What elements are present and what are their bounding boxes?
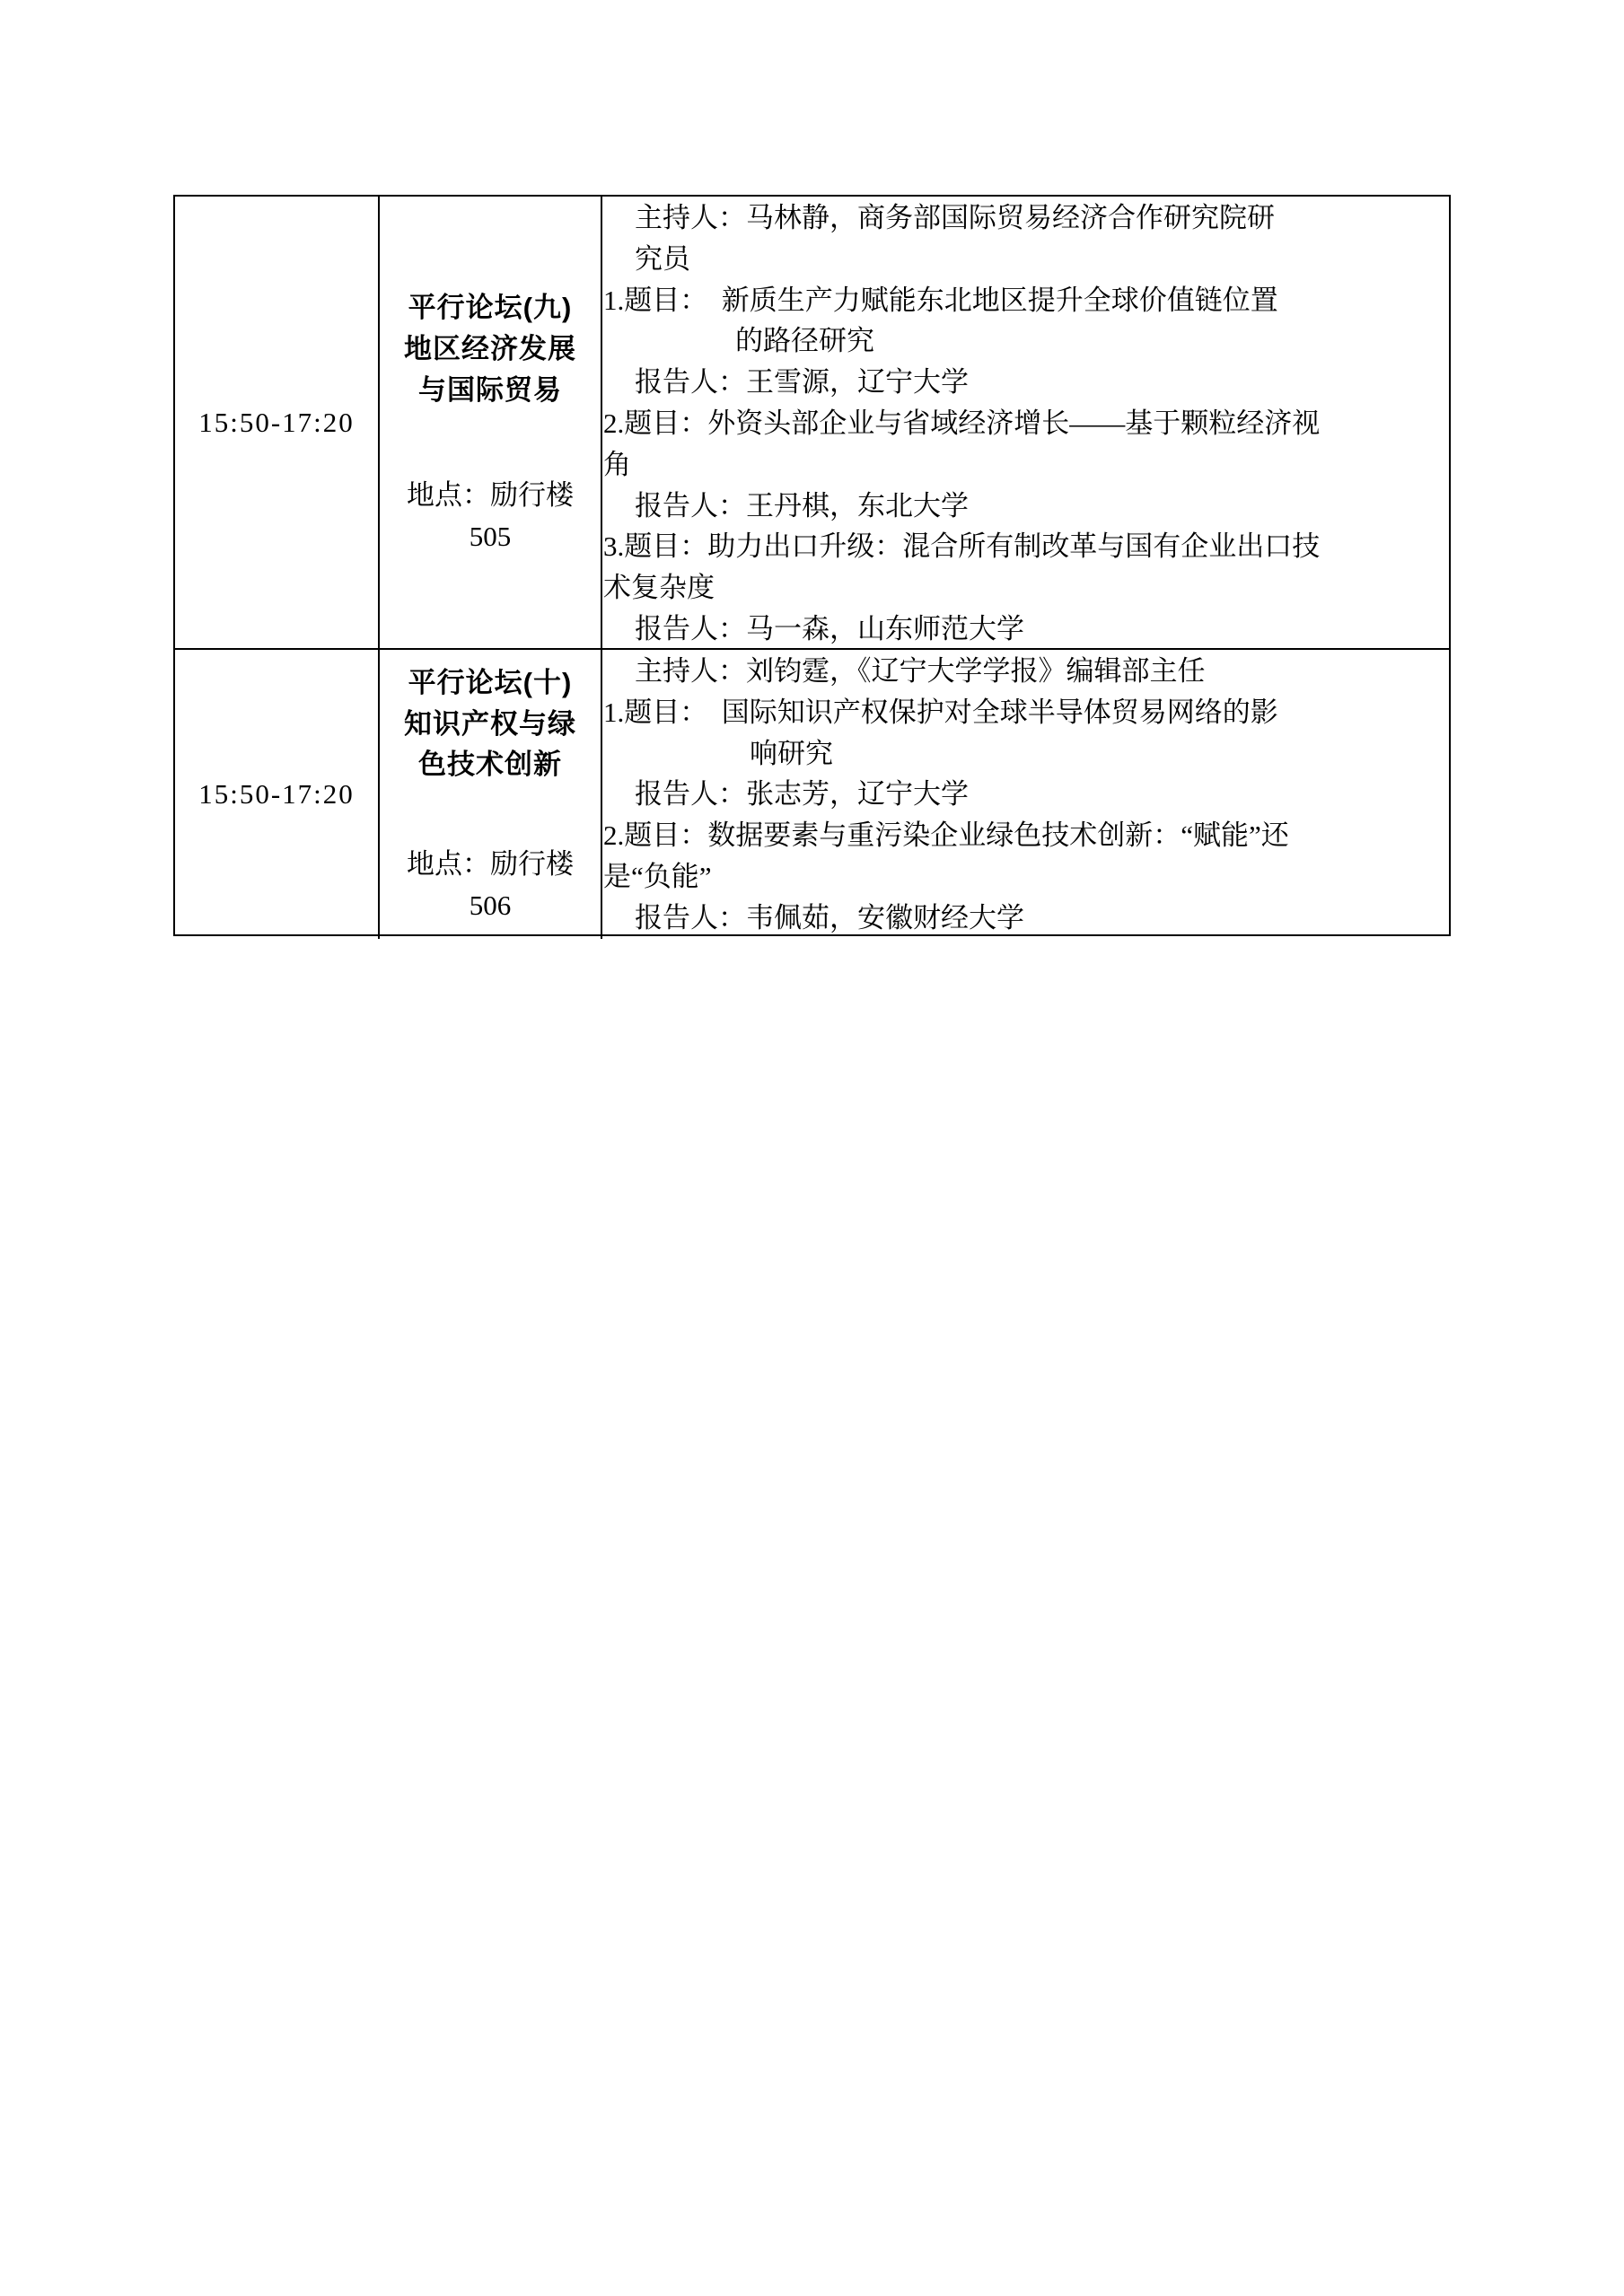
- presenter-line: 报告人：张志芳，辽宁大学: [602, 774, 1449, 815]
- chair-line: 主持人：刘钧霆，《辽宁大学学报》编辑部主任: [602, 651, 1449, 692]
- forum-title-line: 与国际贸易: [418, 370, 562, 411]
- table-row: 15:50-17:20 平行论坛(九) 地区经济发展 与国际贸易 地点：励行楼 …: [175, 197, 1449, 648]
- time-cell: 15:50-17:20: [175, 197, 378, 648]
- paper-title-line: 2.题目：外资头部企业与省域经济增长——基于颗粒经济视: [602, 403, 1449, 444]
- room-number: 506: [470, 885, 512, 926]
- paper-title-line: 1.题目： 新质生产力赋能东北地区提升全球价值链位置: [602, 280, 1449, 321]
- forum-title-line: 色技术创新: [418, 744, 562, 785]
- room-number: 505: [470, 516, 512, 557]
- time-text: 15:50-17:20: [198, 778, 355, 811]
- schedule-table: 15:50-17:20 平行论坛(九) 地区经济发展 与国际贸易 地点：励行楼 …: [173, 195, 1451, 936]
- location-line: 地点：励行楼: [407, 475, 574, 516]
- paper-title-wrap: 角: [602, 444, 1449, 486]
- presenter-line: 报告人：王雪源，辽宁大学: [602, 362, 1449, 403]
- paper-title-line: 2.题目：数据要素与重污染企业绿色技术创新：“赋能”还: [602, 815, 1449, 856]
- paper-title-wrap: 是“负能”: [602, 856, 1449, 898]
- details-cell: 主持人：刘钧霆，《辽宁大学学报》编辑部主任 1.题目： 国际知识产权保护对全球半…: [601, 650, 1449, 939]
- paper-title-wrap: 响研究: [602, 733, 1449, 775]
- time-cell: 15:50-17:20: [175, 650, 378, 939]
- forum-title-line: 平行论坛(九): [408, 287, 573, 329]
- chair-line-wrap: 究员: [602, 239, 1449, 280]
- chair-line: 主持人：马林静，商务部国际贸易经济合作研究院研: [602, 197, 1449, 239]
- forum-title-line: 地区经济发展: [404, 329, 576, 370]
- forum-title-line: 知识产权与绿: [404, 704, 576, 745]
- presenter-line: 报告人：马一森，山东师范大学: [602, 609, 1449, 648]
- time-text: 15:50-17:20: [198, 407, 355, 439]
- presenter-line: 报告人：韦佩茹，安徽财经大学: [602, 898, 1449, 939]
- paper-title-line: 3.题目：助力出口升级：混合所有制改革与国有企业出口技: [602, 526, 1449, 567]
- paper-title-line: 1.题目： 国际知识产权保护对全球半导体贸易网络的影: [602, 692, 1449, 733]
- forum-cell: 平行论坛(十) 知识产权与绿 色技术创新 地点：励行楼 506: [378, 650, 601, 939]
- presenter-line: 报告人：王丹棋，东北大学: [602, 486, 1449, 527]
- paper-title-wrap: 术复杂度: [602, 567, 1449, 609]
- location-line: 地点：励行楼: [407, 844, 574, 885]
- forum-cell: 平行论坛(九) 地区经济发展 与国际贸易 地点：励行楼 505: [378, 197, 601, 648]
- details-cell: 主持人：马林静，商务部国际贸易经济合作研究院研 究员 1.题目： 新质生产力赋能…: [601, 197, 1449, 648]
- paper-title-wrap: 的路径研究: [602, 320, 1449, 362]
- document-page: { "page": { "background": "#ffffff", "te…: [0, 0, 1624, 2296]
- forum-title-line: 平行论坛(十): [408, 662, 573, 704]
- table-row: 15:50-17:20 平行论坛(十) 知识产权与绿 色技术创新 地点：励行楼 …: [175, 648, 1449, 939]
